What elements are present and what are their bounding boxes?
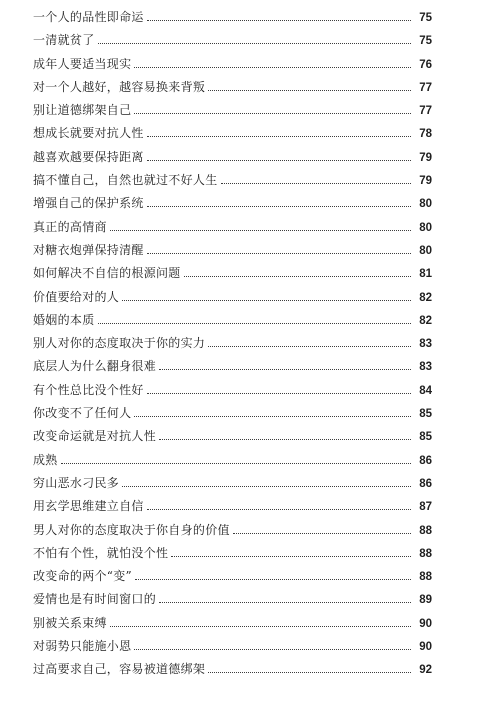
toc-entry-page: 77 bbox=[415, 105, 432, 117]
toc-entry-title: 不怕有个性，就怕没个性 bbox=[33, 544, 168, 561]
toc-entry-page: 76 bbox=[415, 59, 432, 71]
toc-entry[interactable]: 不怕有个性，就怕没个性 88 bbox=[33, 544, 432, 567]
toc-entry[interactable]: 一清就贫了 75 bbox=[33, 31, 432, 54]
toc-entry[interactable]: 你改变不了任何人 85 bbox=[33, 404, 432, 427]
toc-entry-title: 成年人要适当现实 bbox=[33, 55, 131, 72]
toc-entry[interactable]: 别人对你的态度取决于你的实力 83 bbox=[33, 334, 432, 357]
toc-entry-title: 别人对你的态度取决于你的实力 bbox=[33, 334, 205, 351]
toc-entry-title: 真正的高情商 bbox=[33, 218, 107, 235]
toc-entry[interactable]: 别被关系束缚 90 bbox=[33, 614, 432, 637]
toc-entry-page: 89 bbox=[415, 594, 432, 606]
toc-entry-page: 82 bbox=[415, 315, 432, 327]
dot-leader bbox=[147, 509, 411, 510]
toc-entry-title: 成熟 bbox=[33, 451, 58, 468]
toc-entry-title: 你改变不了任何人 bbox=[33, 404, 131, 421]
dot-leader bbox=[147, 160, 411, 161]
dot-leader bbox=[208, 672, 411, 673]
toc-entry-page: 86 bbox=[415, 455, 432, 467]
toc-entry[interactable]: 想成长就要对抗人性 78 bbox=[33, 124, 432, 147]
toc-entry-page: 81 bbox=[415, 268, 432, 280]
toc-entry[interactable]: 爱情也是有时间窗口的 89 bbox=[33, 590, 432, 613]
dot-leader bbox=[147, 206, 411, 207]
toc-entry-page: 90 bbox=[415, 641, 432, 653]
dot-leader bbox=[110, 626, 411, 627]
toc-entry-title: 婚姻的本质 bbox=[33, 311, 95, 328]
toc-entry-title: 一清就贫了 bbox=[33, 31, 95, 48]
toc-entry-page: 83 bbox=[415, 361, 432, 373]
toc-entry-page: 88 bbox=[415, 525, 432, 537]
toc-entry-title: 爱情也是有时间窗口的 bbox=[33, 590, 156, 607]
toc-entry-title: 对一个人越好，越容易换来背叛 bbox=[33, 78, 205, 95]
toc-entry-page: 80 bbox=[415, 222, 432, 234]
toc-entry-title: 别让道德绑架自己 bbox=[33, 101, 131, 118]
dot-leader bbox=[98, 323, 411, 324]
toc-entry[interactable]: 男人对你的态度取决于你自身的价值 88 bbox=[33, 521, 432, 544]
toc-entry[interactable]: 底层人为什么翻身很难 83 bbox=[33, 357, 432, 380]
toc-entry[interactable]: 越喜欢越要保持距离 79 bbox=[33, 148, 432, 171]
toc-entry-page: 80 bbox=[415, 198, 432, 210]
toc-entry[interactable]: 别让道德绑架自己 77 bbox=[33, 101, 432, 124]
toc-entry-title: 一个人的品性即命运 bbox=[33, 8, 144, 25]
toc-entry-title: 穷山恶水刁民多 bbox=[33, 474, 119, 491]
dot-leader bbox=[221, 183, 411, 184]
toc-entry-title: 别被关系束缚 bbox=[33, 614, 107, 631]
dot-leader bbox=[147, 393, 411, 394]
dot-leader bbox=[147, 253, 411, 254]
toc-entry-page: 78 bbox=[415, 128, 432, 140]
toc-entry[interactable]: 改变命运就是对抗人性 85 bbox=[33, 427, 432, 450]
toc-entry[interactable]: 价值要给对的人 82 bbox=[33, 288, 432, 311]
dot-leader bbox=[98, 43, 411, 44]
toc-list: 一个人的品性即命运 75 一清就贫了 75 成年人要适当现实 76 对一个人越好… bbox=[33, 8, 432, 684]
toc-entry-page: 75 bbox=[415, 35, 432, 47]
toc-entry-title: 有个性总比没个性好 bbox=[33, 381, 144, 398]
toc-entry-title: 越喜欢越要保持距离 bbox=[33, 148, 144, 165]
dot-leader bbox=[233, 533, 411, 534]
toc-entry[interactable]: 用玄学思维建立自信 87 bbox=[33, 497, 432, 520]
toc-entry[interactable]: 对糖衣炮弹保持清醒 80 bbox=[33, 241, 432, 264]
toc-entry-title: 增强自己的保护系统 bbox=[33, 194, 144, 211]
dot-leader bbox=[135, 579, 411, 580]
dot-leader bbox=[147, 136, 411, 137]
toc-entry-page: 87 bbox=[415, 501, 432, 513]
document-page: 一个人的品性即命运 75 一清就贫了 75 成年人要适当现实 76 对一个人越好… bbox=[0, 0, 495, 703]
toc-entry[interactable]: 一个人的品性即命运 75 bbox=[33, 8, 432, 31]
toc-entry-page: 92 bbox=[415, 664, 432, 676]
toc-entry-page: 88 bbox=[415, 571, 432, 583]
toc-entry[interactable]: 真正的高情商 80 bbox=[33, 218, 432, 241]
toc-entry[interactable]: 过高要求自己，容易被道德绑架 92 bbox=[33, 660, 432, 683]
toc-entry-page: 80 bbox=[415, 245, 432, 257]
dot-leader bbox=[61, 463, 411, 464]
dot-leader bbox=[171, 556, 411, 557]
dot-leader bbox=[134, 416, 411, 417]
dot-leader bbox=[134, 113, 411, 114]
toc-entry-title: 如何解决不自信的根源问题 bbox=[33, 264, 181, 281]
toc-entry[interactable]: 改变命的两个“变” 88 bbox=[33, 567, 432, 590]
dot-leader bbox=[147, 20, 411, 21]
toc-entry-title: 改变命的两个“变” bbox=[33, 567, 132, 584]
dot-leader bbox=[208, 346, 411, 347]
toc-entry[interactable]: 对一个人越好，越容易换来背叛 77 bbox=[33, 78, 432, 101]
toc-entry[interactable]: 穷山恶水刁民多 86 bbox=[33, 474, 432, 497]
toc-entry[interactable]: 对弱势只能施小恩 90 bbox=[33, 637, 432, 660]
dot-leader bbox=[110, 230, 411, 231]
toc-entry-page: 88 bbox=[415, 548, 432, 560]
toc-entry[interactable]: 如何解决不自信的根源问题 81 bbox=[33, 264, 432, 287]
dot-leader bbox=[134, 67, 411, 68]
toc-entry-page: 82 bbox=[415, 292, 432, 304]
dot-leader bbox=[184, 276, 411, 277]
dot-leader bbox=[122, 300, 411, 301]
toc-entry-title: 搞不懂自己，自然也就过不好人生 bbox=[33, 171, 218, 188]
toc-entry-page: 84 bbox=[415, 385, 432, 397]
toc-entry-title: 改变命运就是对抗人性 bbox=[33, 427, 156, 444]
dot-leader bbox=[122, 486, 411, 487]
toc-entry-title: 用玄学思维建立自信 bbox=[33, 497, 144, 514]
toc-entry-page: 75 bbox=[415, 12, 432, 24]
toc-entry-title: 男人对你的态度取决于你自身的价值 bbox=[33, 521, 230, 538]
toc-entry[interactable]: 婚姻的本质 82 bbox=[33, 311, 432, 334]
toc-entry-page: 90 bbox=[415, 618, 432, 630]
toc-entry-page: 83 bbox=[415, 338, 432, 350]
toc-entry-page: 79 bbox=[415, 152, 432, 164]
toc-entry-page: 79 bbox=[415, 175, 432, 187]
toc-entry[interactable]: 成熟 86 bbox=[33, 451, 432, 474]
toc-entry-page: 85 bbox=[415, 408, 432, 420]
toc-entry-title: 过高要求自己，容易被道德绑架 bbox=[33, 660, 205, 677]
toc-entry-title: 对弱势只能施小恩 bbox=[33, 637, 131, 654]
toc-entry-title: 对糖衣炮弹保持清醒 bbox=[33, 241, 144, 258]
toc-entry-title: 想成长就要对抗人性 bbox=[33, 124, 144, 141]
toc-entry-title: 价值要给对的人 bbox=[33, 288, 119, 305]
toc-entry[interactable]: 成年人要适当现实 76 bbox=[33, 55, 432, 78]
toc-entry[interactable]: 搞不懂自己，自然也就过不好人生 79 bbox=[33, 171, 432, 194]
dot-leader bbox=[159, 439, 411, 440]
dot-leader bbox=[159, 602, 411, 603]
dot-leader bbox=[208, 90, 411, 91]
toc-entry[interactable]: 有个性总比没个性好 84 bbox=[33, 381, 432, 404]
dot-leader bbox=[159, 369, 411, 370]
toc-entry-page: 77 bbox=[415, 82, 432, 94]
dot-leader bbox=[134, 649, 411, 650]
toc-entry-page: 85 bbox=[415, 431, 432, 443]
toc-entry-title: 底层人为什么翻身很难 bbox=[33, 357, 156, 374]
toc-entry-page: 86 bbox=[415, 478, 432, 490]
toc-entry[interactable]: 增强自己的保护系统 80 bbox=[33, 194, 432, 217]
